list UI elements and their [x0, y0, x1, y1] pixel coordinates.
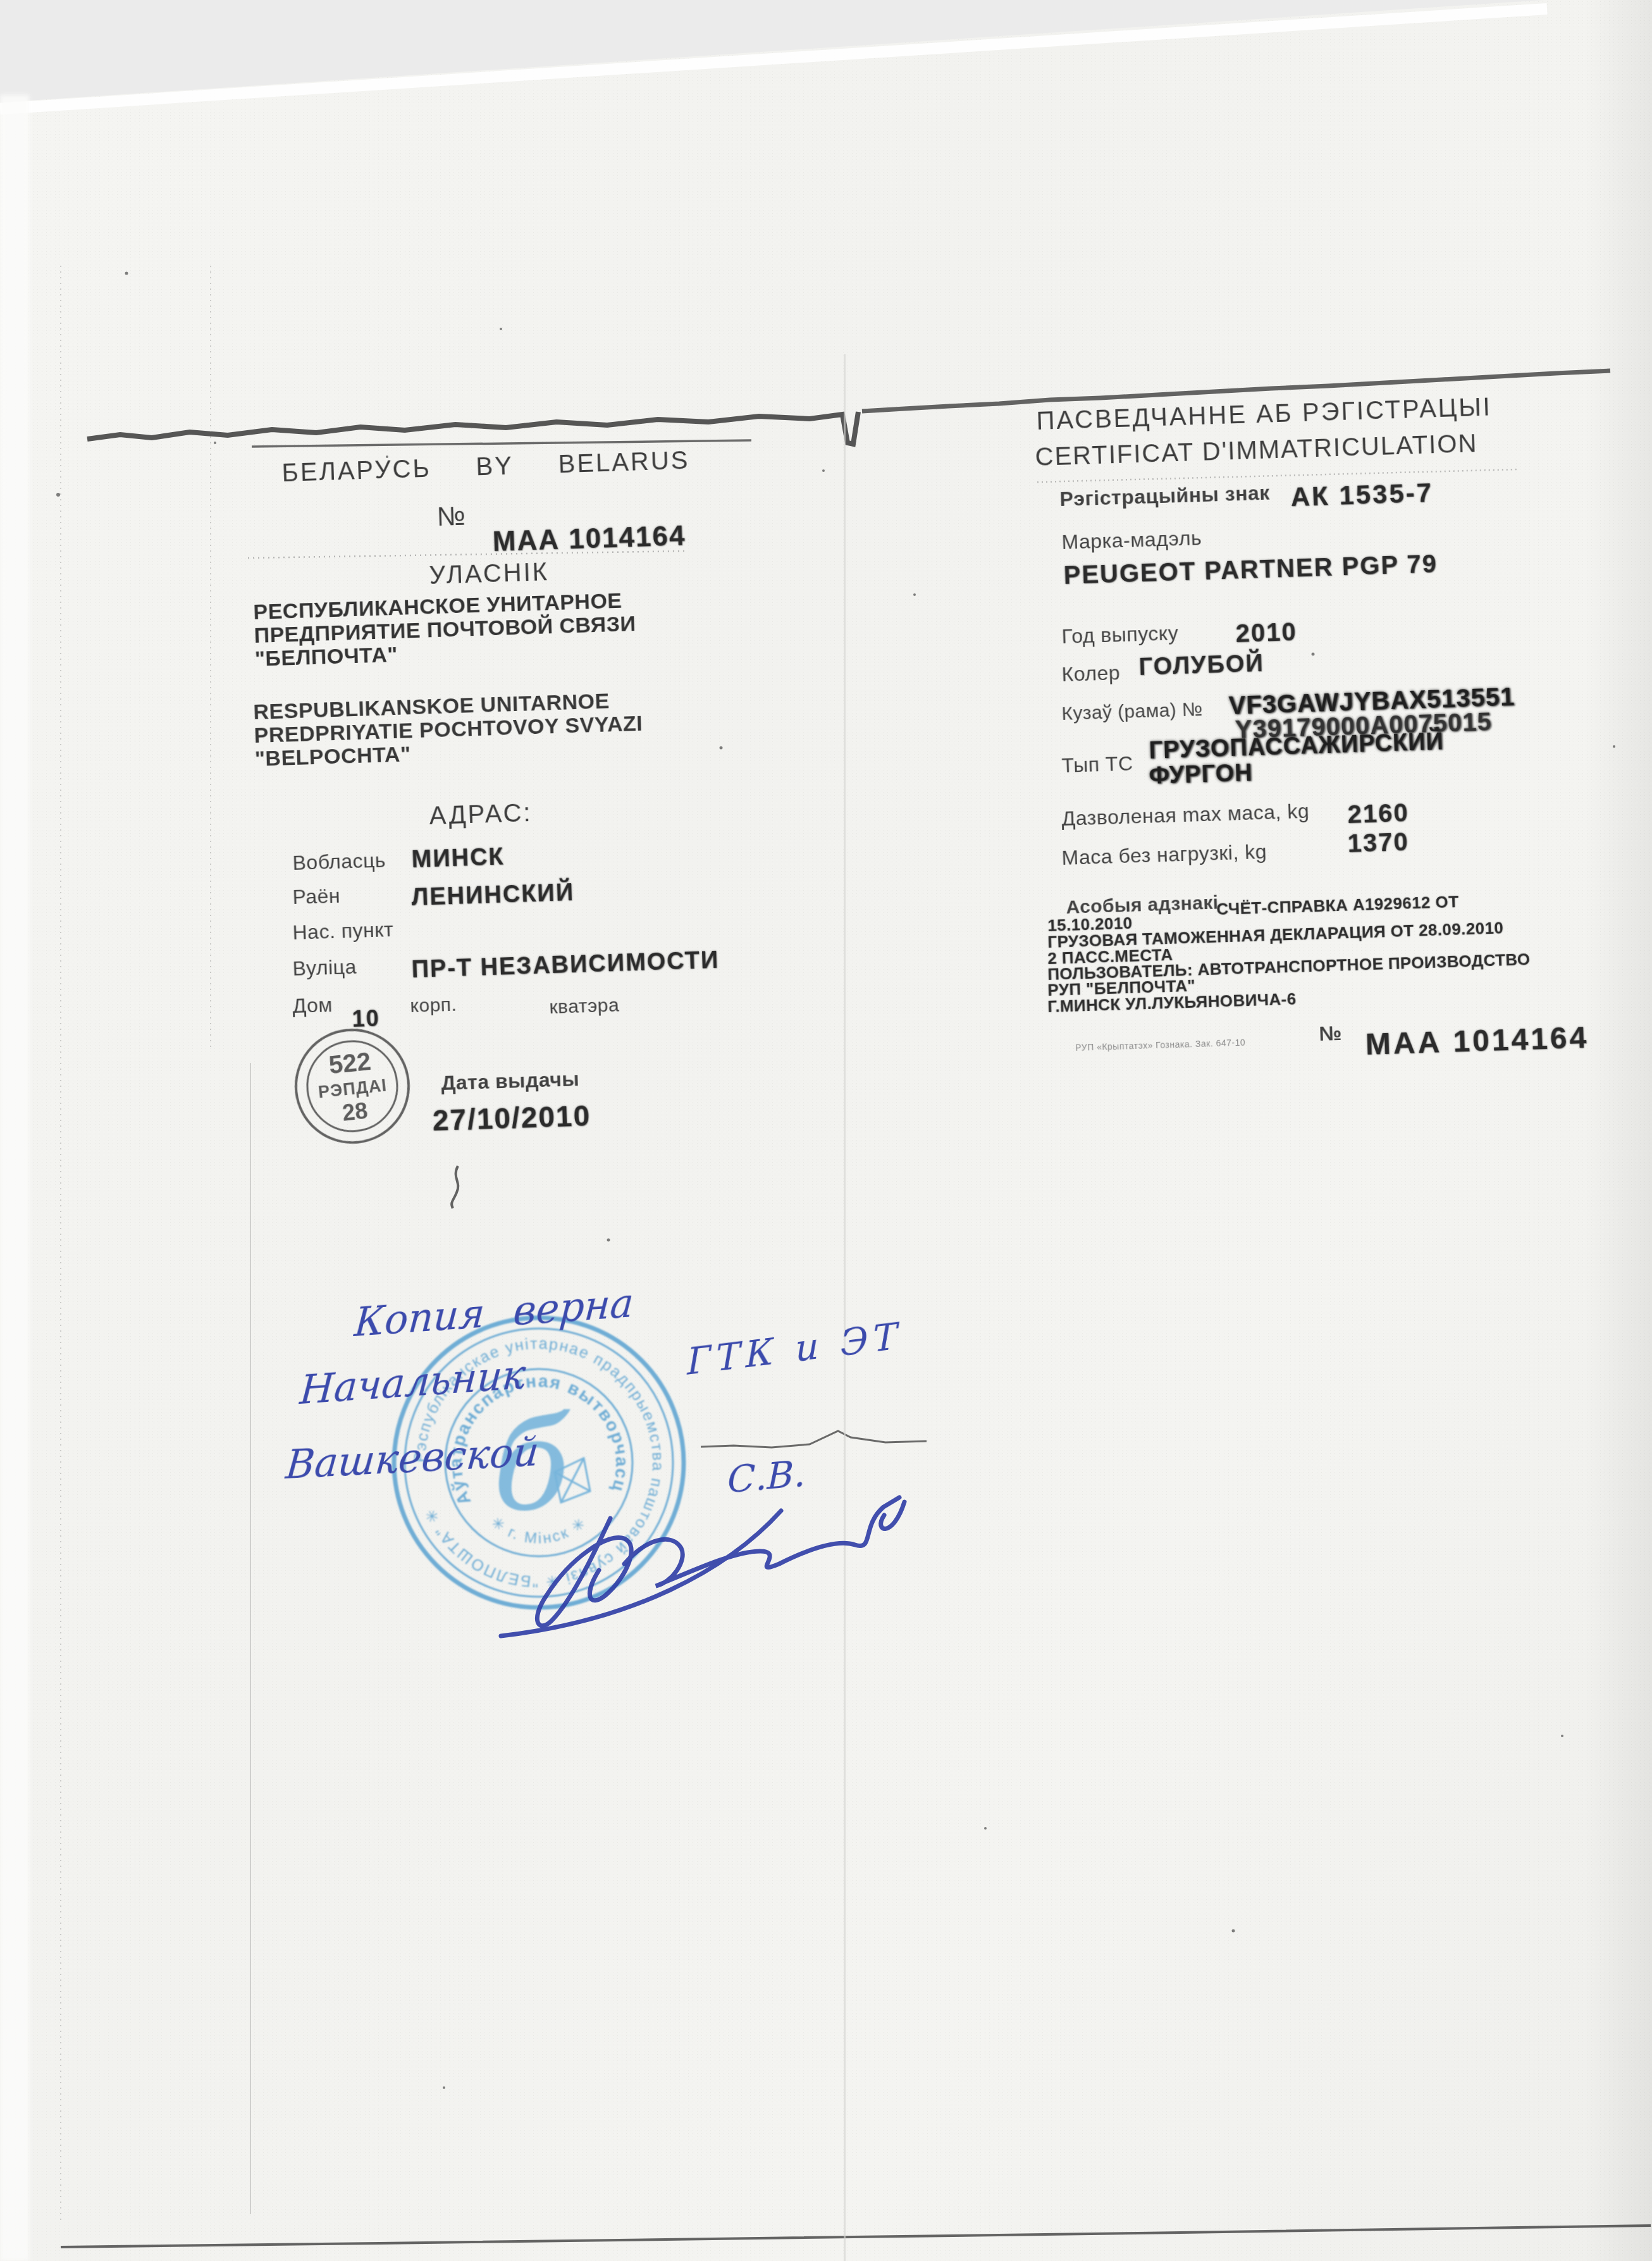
- handwritten-signature: [0, 0, 1652, 2261]
- scanned-document: БЕЛАРУСЬ BY BELARUS № МАА 1014164 УЛАСНІ…: [0, 0, 1652, 2261]
